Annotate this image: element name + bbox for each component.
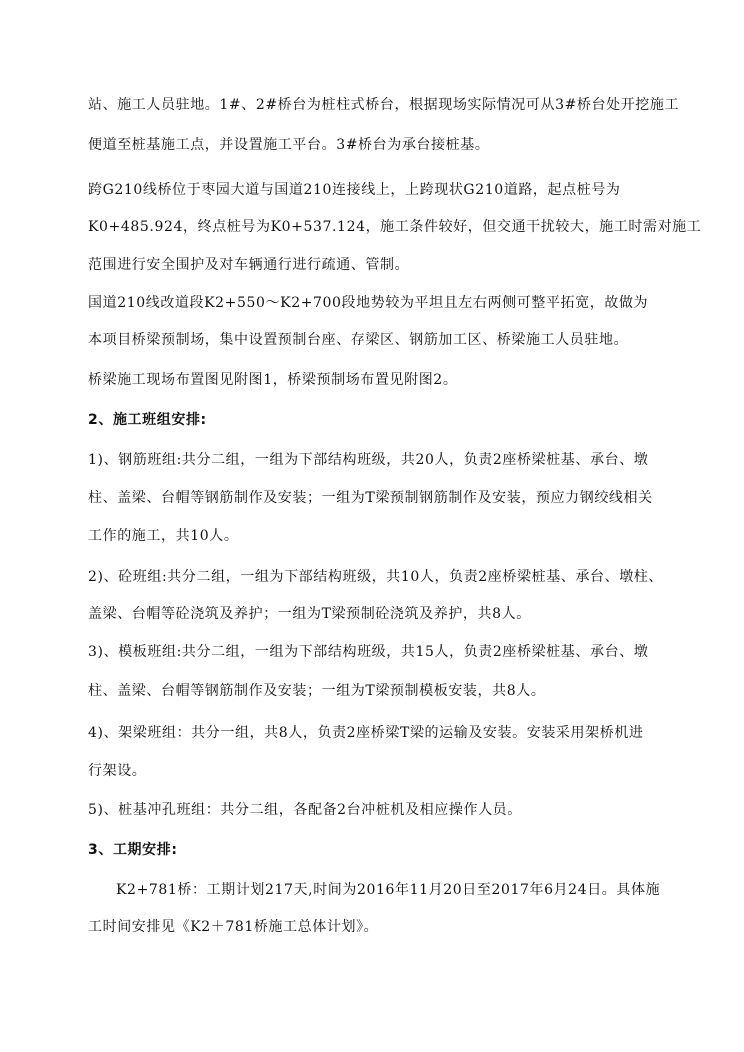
text-line: 范围进行安全围护及对车辆通行进行疏通、管制。: [88, 256, 409, 274]
team-line: 柱、盖梁、台帽等钢筋制作及安装；一组为T梁预制模板安装，共8人。: [88, 682, 545, 700]
text-line: 桥梁施工现场布置图见附图1，桥梁预制场布置见附图2。: [88, 371, 457, 389]
section-heading-schedule: 3、工期安排:: [88, 841, 178, 859]
text-line: 站、施工人员驻地。1#、2#桥台为桩柱式桥台，根据现场实际情况可从3#桥台处开挖…: [88, 96, 679, 114]
team-line: 1)、钢筋班组:共分二组，一组为下部结构班级，共20人，负责2座桥梁桩基、承台、…: [88, 451, 648, 469]
team-line: 4)、架梁班组：共分一组，共8人，负责2座桥梁T梁的运输及安装。安装采用架桥机进: [88, 724, 644, 742]
schedule-line: 工时间安排见《K2＋781桥施工总体计划》。: [88, 918, 378, 936]
team-line: 工作的施工，共10人。: [88, 527, 238, 545]
text-line: 便道至桩基施工点，并设置施工平台。3#桥台为承台接桩基。: [88, 136, 489, 154]
team-line: 盖梁、台帽等砼浇筑及养护；一组为T梁预制砼浇筑及养护，共8人。: [88, 605, 531, 623]
team-line: 行架设。: [88, 762, 146, 780]
team-line: 5)、桩基冲孔班组：共分二组，各配备2台冲桩机及相应操作人员。: [88, 801, 522, 819]
text-line: 本项目桥梁预制场，集中设置预制台座、存梁区、钢筋加工区、桥梁施工人员驻地。: [88, 331, 628, 349]
text-line: 国道210线改道段K2+550～K2+700段地势较为平坦且左右两侧可整平拓宽，…: [88, 294, 648, 312]
text-line: K0+485.924，终点桩号为K0+537.124，施工条件较好，但交通干扰较…: [88, 218, 701, 236]
team-line: 2)、砼班组:共分二组，一组为下部结构班级，共10人，负责2座桥梁桩基、承台、墩…: [88, 568, 663, 586]
team-line: 柱、盖梁、台帽等钢筋制作及安装；一组为T梁预制钢筋制作及安装，预应力钢绞线相关: [88, 489, 653, 507]
team-line: 3)、模板班组:共分二组，一组为下部结构班级，共15人，负责2座桥梁桩基、承台、…: [88, 643, 648, 661]
text-line: 跨G210线桥位于枣园大道与国道210连接线上，上跨现状G210道路，起点桩号为: [88, 181, 621, 199]
section-heading-teams: 2、施工班组安排:: [88, 411, 207, 429]
schedule-line: K2+781桥：工期计划217天,时间为2016年11月20日至2017年6月2…: [116, 881, 660, 899]
